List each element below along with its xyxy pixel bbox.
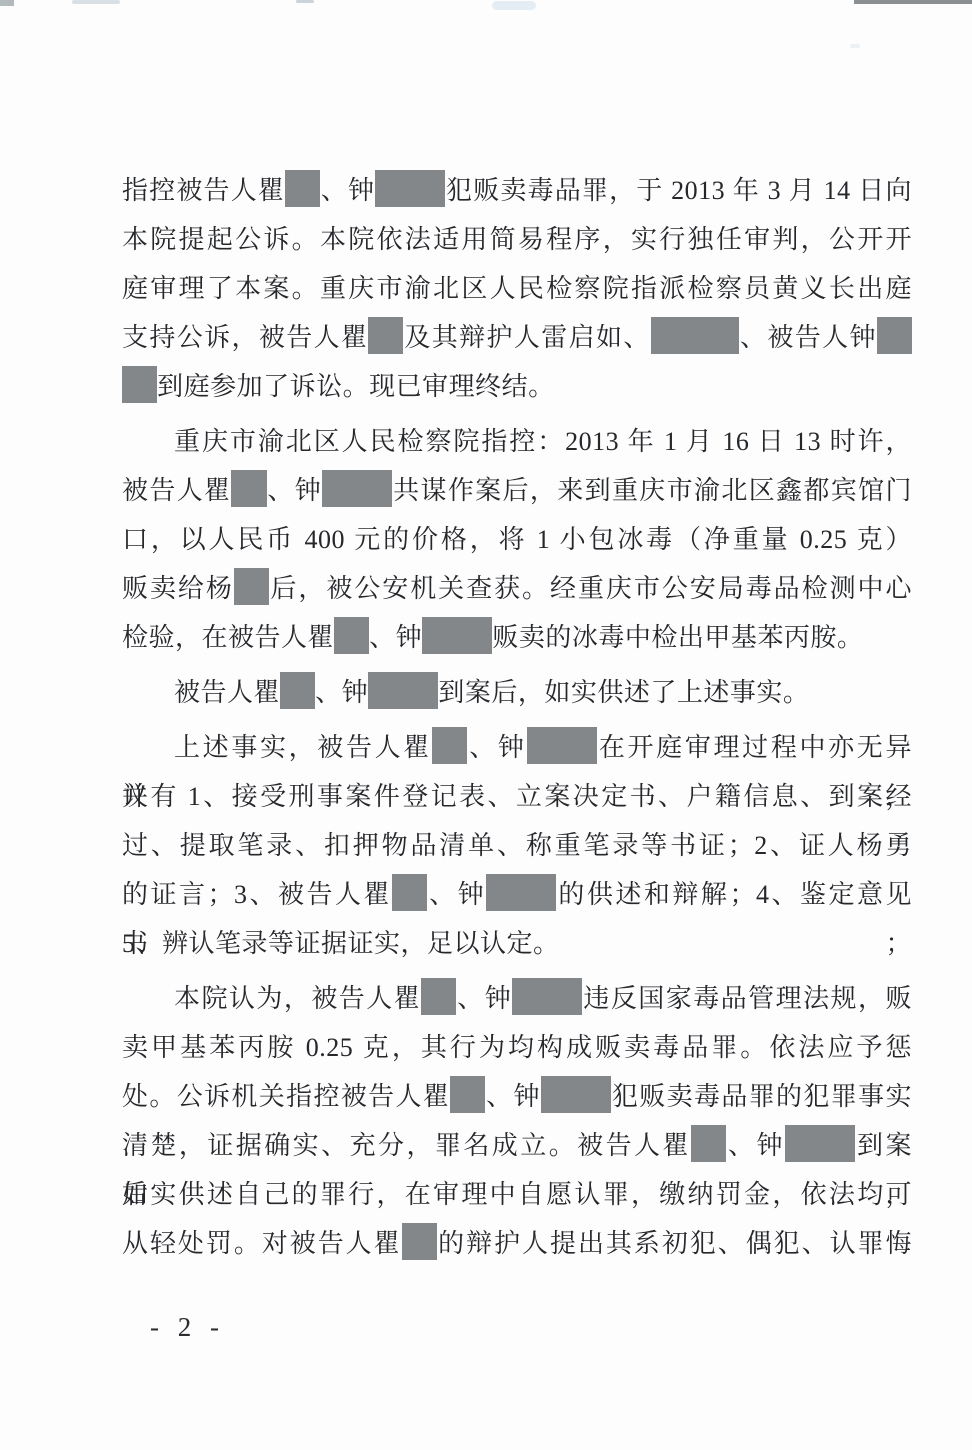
redaction-box [651, 317, 739, 355]
document-body: 指控被告人瞿、钟犯贩卖毒品罪，于 2013 年 3 月 14 日向本院提起公诉。… [122, 166, 912, 1268]
redaction-box [691, 1125, 726, 1163]
text-line: 重庆市渝北区人民检察院指控：2013 年 1 月 16 日 13 时许， [122, 417, 912, 466]
text-line: 到庭参加了诉讼。现已审理终结。 [122, 362, 912, 411]
text-line: 的证言；3、被告人瞿、钟的供述和辩解；4、鉴定意见书； [122, 870, 912, 919]
text-line: 检验，在被告人瞿、钟贩卖的冰毒中检出甲基苯丙胺。 [122, 613, 912, 662]
scanned-document-page: 指控被告人瞿、钟犯贩卖毒品罪，于 2013 年 3 月 14 日向本院提起公诉。… [0, 0, 972, 1450]
text-line: 被告人瞿、钟共谋作案后，来到重庆市渝北区鑫都宾馆门 [122, 466, 912, 515]
text-line: 上述事实，被告人瞿、钟在开庭审理过程中亦无异议， [122, 723, 912, 772]
redaction-box [486, 874, 556, 912]
text-line: 处。公诉机关指控被告人瞿、钟犯贩卖毒品罪的犯罪事实 [122, 1072, 912, 1121]
paragraph: 重庆市渝北区人民检察院指控：2013 年 1 月 16 日 13 时许，被告人瞿… [122, 417, 912, 662]
redaction-box [231, 470, 266, 508]
paragraph: 本院认为，被告人瞿、钟违反国家毒品管理法规，贩卖甲基苯丙胺 0.25 克，其行为… [122, 974, 912, 1268]
text-line: 口，以人民币 400 元的价格，将 1 小包冰毒（净重量 0.25 克） [122, 515, 912, 564]
scan-artifact [850, 44, 860, 48]
scan-artifact [296, 0, 314, 3]
scan-artifact [492, 1, 536, 10]
scan-artifact [0, 0, 14, 6]
text-line: 从轻处罚。对被告人瞿的辩护人提出其系初犯、偶犯、认罪悔 [122, 1219, 912, 1268]
redaction-box [234, 568, 269, 606]
scan-artifact [854, 0, 972, 4]
text-line: 贩卖给杨后，被公安机关查获。经重庆市公安局毒品检测中心 [122, 564, 912, 613]
redaction-box [877, 317, 912, 355]
redaction-box [785, 1125, 855, 1163]
text-line: 如实供述自己的罪行，在审理中自愿认罪，缴纳罚金，依法均可 [122, 1170, 912, 1219]
paragraph: 被告人瞿、钟到案后，如实供述了上述事实。 [122, 668, 912, 717]
redaction-box [541, 1076, 611, 1114]
redaction-box [392, 874, 427, 912]
text-line: 被告人瞿、钟到案后，如实供述了上述事实。 [122, 668, 912, 717]
redaction-box [122, 366, 157, 404]
text-line: 本院认为，被告人瞿、钟违反国家毒品管理法规，贩 [122, 974, 912, 1023]
text-line: 卖甲基苯丙胺 0.25 克，其行为均构成贩卖毒品罪。依法应予惩 [122, 1023, 912, 1072]
paragraph: 上述事实，被告人瞿、钟在开庭审理过程中亦无异议，并有 1、接受刑事案件登记表、立… [122, 723, 912, 968]
redaction-box [422, 617, 492, 655]
redaction-box [450, 1076, 485, 1114]
redaction-box [368, 317, 403, 355]
redaction-box [432, 727, 467, 765]
text-line: 庭审理了本案。重庆市渝北区人民检察院指派检察员黄义长出庭 [122, 264, 912, 313]
text-line: 清楚，证据确实、充分，罪名成立。被告人瞿、钟到案后， [122, 1121, 912, 1170]
text-line: 过、提取笔录、扣押物品清单、称重笔录等书证；2、证人杨勇 [122, 821, 912, 870]
text-line: 指控被告人瞿、钟犯贩卖毒品罪，于 2013 年 3 月 14 日向 [122, 166, 912, 215]
redaction-box [402, 1223, 437, 1261]
redaction-box [334, 617, 369, 655]
page-number: - 2 - [150, 1312, 225, 1343]
redaction-box [322, 470, 392, 508]
redaction-box [375, 170, 445, 208]
scan-artifact [72, 0, 120, 4]
text-line: 支持公诉，被告人瞿及其辩护人雷启如、、被告人钟 [122, 313, 912, 362]
redaction-box [280, 672, 315, 710]
text-line: 并有 1、接受刑事案件登记表、立案决定书、户籍信息、到案经 [122, 772, 912, 821]
redaction-box [285, 170, 320, 208]
redaction-box [512, 978, 582, 1016]
paragraph: 指控被告人瞿、钟犯贩卖毒品罪，于 2013 年 3 月 14 日向本院提起公诉。… [122, 166, 912, 411]
redaction-box [421, 978, 456, 1016]
redaction-box [527, 727, 597, 765]
text-line: 本院提起公诉。本院依法适用简易程序，实行独任审判，公开开 [122, 215, 912, 264]
redaction-box [368, 672, 438, 710]
